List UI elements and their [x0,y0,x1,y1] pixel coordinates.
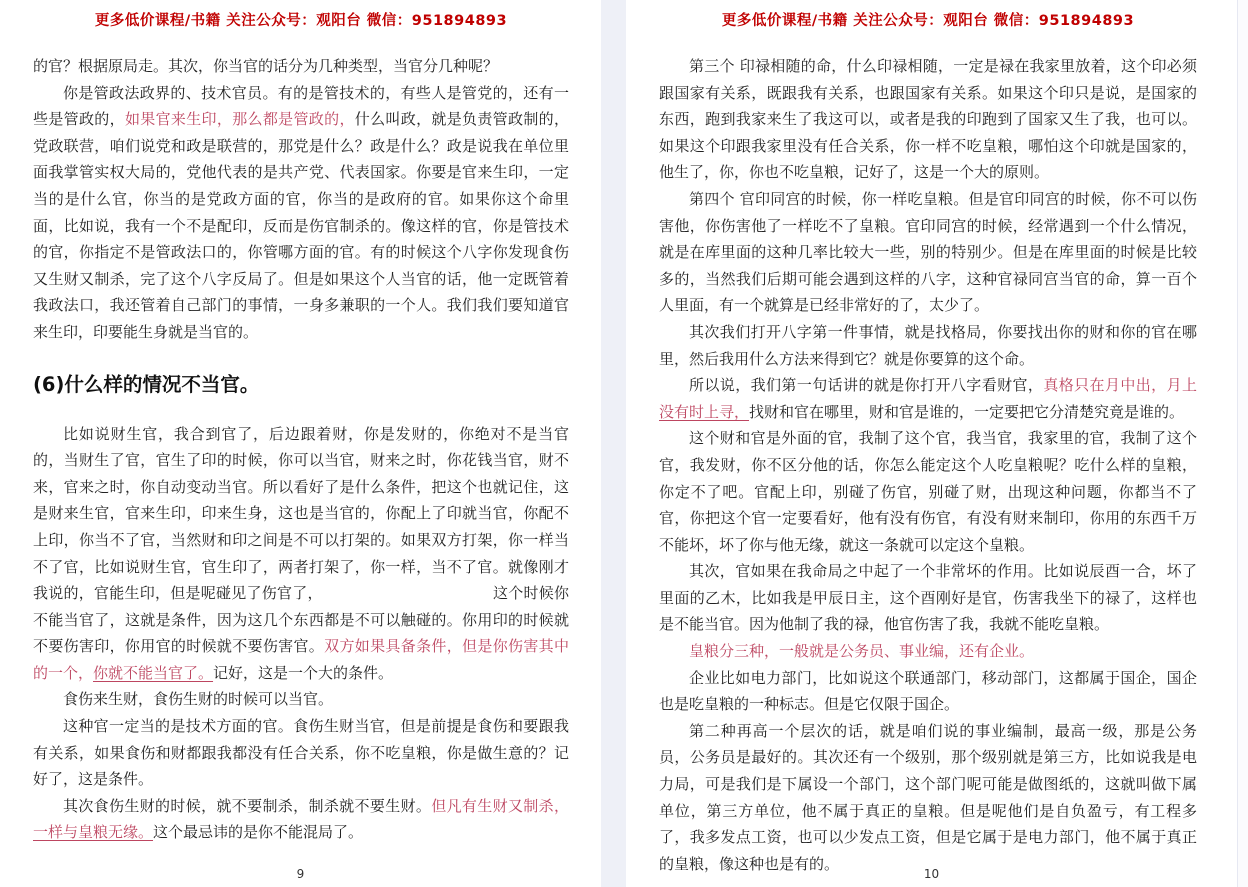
paragraph: 第四个 官印同宫的时候，你一样吃皇粮。但是官印同宫的时候，你不可以伤害他，你伤害… [659,186,1197,319]
page-gutter [601,0,626,887]
text-run: 食伤来生财，食伤生财的时候可以当官。 [63,690,333,708]
paragraph: 比如说财生官，我合到官了，后边跟着财，你是发财的，你绝对不是当官的，当财生了官，… [33,421,569,687]
emphasis-red-text: 皇粮分三种，一般就是公务员、事业编，还有企业。 [689,642,1034,660]
text-run: 其次我们打开八字第一件事情，就是找格局，你要找出你的财和你的官在哪里，然后我用什… [659,323,1197,368]
page-left: 更多低价课程/书籍 关注公众号：观阳台 微信：951894893 的官？根据原局… [0,0,601,887]
paragraph: 皇粮分三种，一般就是公务员、事业编，还有企业。 [659,638,1197,665]
paragraph: 其次我们打开八字第一件事情，就是找格局，你要找出你的财和你的官在哪里，然后我用什… [659,319,1197,372]
page-body: 第三个 印禄相随的命，什么印禄相随，一定是禄在我家里放着，这个印必须跟国家有关系… [659,53,1197,877]
paragraph: 第三个 印禄相随的命，什么印禄相随，一定是禄在我家里放着，这个印必须跟国家有关系… [659,53,1197,186]
emphasis-red-text: 真格只在月中出，月上 [1043,376,1197,394]
emphasis-red-text: 如果官来生印，那么都是管政的， [125,110,355,128]
text-run: 第四个 官印同宫的时候，你一样吃皇粮。但是官印同宫的时候，你不可以伤害他，你伤害… [659,190,1197,314]
text-run: 找财和官在哪里，财和官是谁的，一定要把它分清楚究竟是谁的。 [749,403,1184,421]
page-body: 的官？根据原局走。其次，你当官的话分为几种类型，当官分几种呢？你是管政法政界的、… [33,53,569,846]
page-right: 更多低价课程/书籍 关注公众号：观阳台 微信：951894893 第三个 印禄相… [626,0,1238,887]
paragraph: 这个财和官是外面的官，我制了这个官，我当官，我家里的官，我制了这个官，我发财，你… [659,425,1197,558]
paragraph: 食伤来生财，食伤生财的时候可以当官。 [33,686,569,713]
text-run: 这个最忌讳的是你不能混局了。 [153,823,363,841]
text-run: (6)什么样的情况不当官。 [33,373,259,396]
emphasis-red-text: 没有时上寻， [659,403,749,421]
paragraph: 其次食伤生财的时候，就不要制杀，制杀就不要生财。但凡有生财又制杀，一样与皇粮无缘… [33,793,569,846]
text-run: 什么叫政，就是负责管政制的，党政联营，咱们说党和政是联营的，那党是什么？政是什么… [33,110,569,341]
text-run: 的官？根据原局走。其次，你当官的话分为几种类型，当官分几种呢？ [33,57,498,75]
paragraph: 企业比如电力部门，比如说这个联通部门，移动部门，这都属于国企，国企也是吃皇粮的一… [659,665,1197,718]
emphasis-red-text: 但凡有生财又制杀， [431,797,569,815]
text-run: 第二种再高一个层次的话，就是咱们说的事业编制，最高一级，那是公务员，公务员是最好… [659,722,1197,873]
text-run: 这个财和官是外面的官，我制了这个官，我当官，我家里的官，我制了这个官，我发财，你… [659,429,1197,553]
inline-gap [323,597,493,598]
page-number: 9 [0,867,601,881]
text-run: 第三个 印禄相随的命，什么印禄相随，一定是禄在我家里放着，这个印必须跟国家有关系… [659,57,1197,181]
paragraph: 第二种再高一个层次的话，就是咱们说的事业编制，最高一级，那是公务员，公务员是最好… [659,718,1197,878]
document-viewer: 更多低价课程/书籍 关注公众号：观阳台 微信：951894893 的官？根据原局… [0,0,1248,887]
viewer-edge [1238,0,1248,887]
paragraph: 的官？根据原局走。其次，你当官的话分为几种类型，当官分几种呢？ [33,53,569,80]
text-run: 其次，官如果在我命局之中起了一个非常坏的作用。比如说辰酉一合，坏了里面的乙木，比… [659,562,1197,633]
text-run: 其次食伤生财的时候，就不要制杀，制杀就不要生财。 [63,797,431,815]
paragraph: 你是管政法政界的、技术官员。有的是管技术的，有些人是管党的，还有一些是管政的，如… [33,80,569,346]
text-run: 所以说，我们第一句话讲的就是你打开八字看财官， [689,376,1043,394]
text-run: 企业比如电力部门，比如说这个联通部门，移动部门，这都属于国企，国企也是吃皇粮的一… [659,669,1197,714]
text-run: 记好，这是一个大的条件。 [213,664,393,682]
page-header: 更多低价课程/书籍 关注公众号：观阳台 微信：951894893 [659,0,1197,30]
page-header: 更多低价课程/书籍 关注公众号：观阳台 微信：951894893 [33,0,569,30]
emphasis-red-text: 一样与皇粮无缘。 [33,823,153,841]
paragraph: 其次，官如果在我命局之中起了一个非常坏的作用。比如说辰酉一合，坏了里面的乙木，比… [659,558,1197,638]
emphasis-red-text: 你就不能当官了。 [93,664,213,682]
paragraph: 所以说，我们第一句话讲的就是你打开八字看财官，真格只在月中出，月上没有时上寻，找… [659,372,1197,425]
paragraph: 这种官一定当的是技术方面的官。食伤生财当官，但是前提是食伤和要跟我有关系，如果食… [33,713,569,793]
text-run: 这种官一定当的是技术方面的官。食伤生财当官，但是前提是食伤和要跟我有关系，如果食… [33,717,569,788]
text-run: 比如说财生官，我合到官了，后边跟着财，你是发财的，你绝对不是当官的，当财生了官，… [33,425,569,603]
section-heading: (6)什么样的情况不当官。 [33,373,569,397]
page-number: 10 [626,867,1237,881]
